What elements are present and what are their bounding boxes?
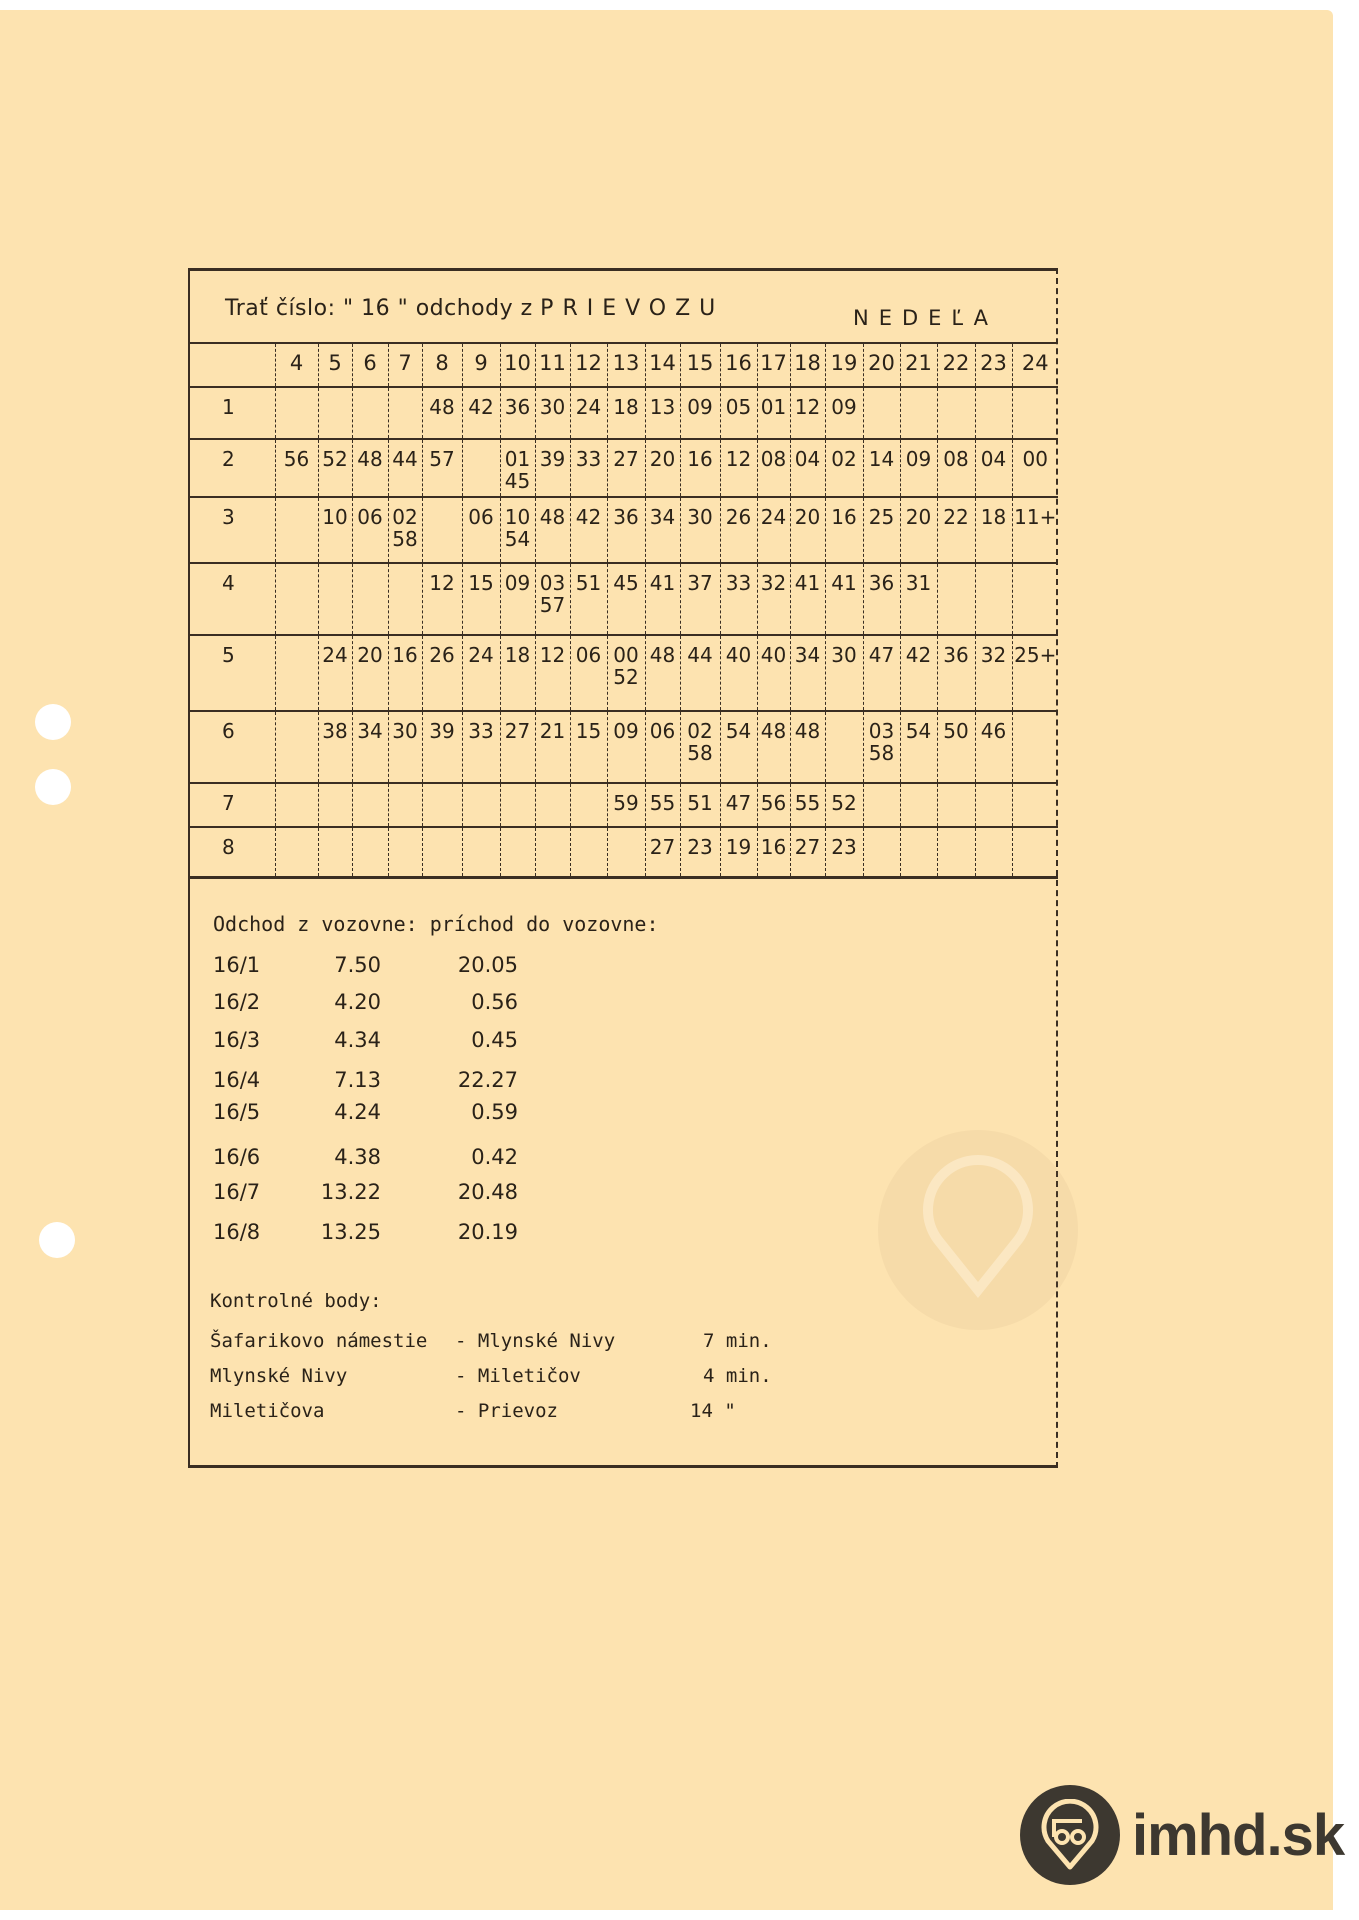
punch-hole [39,1222,75,1258]
departure-minute: 21 [535,711,570,783]
departure-minute [1012,387,1058,439]
departure-minute: 14 [863,439,900,497]
page-title: Trať číslo: " 16 " odchody z PRIEVOZU [225,296,724,321]
departure-minute: 52 [825,783,863,827]
departure-minute [388,783,422,827]
departure-minute [900,827,937,878]
departure-minute: 51 [680,783,720,827]
table-row: 2565248445701 45393327201612080402140908… [190,439,1058,497]
departure-minute [1012,711,1058,783]
departure-minute: 03 58 [863,711,900,783]
vehicle-id: 16/5 [213,1100,260,1124]
hour-header: 6 [352,343,388,387]
punch-hole [35,704,71,740]
departure-minute: 25 [863,497,900,563]
departure-minute [1012,563,1058,635]
checkpoint-to: - Mlynské Nivy [455,1330,615,1352]
departure-minute: 48 [790,711,825,783]
vehicle-id: 16/6 [213,1145,260,1169]
departure-minute: 48 [422,387,462,439]
hour-header: 13 [607,343,645,387]
table-row: 412150903 5751454137333241413631 [190,563,1058,635]
hour-header: 10 [500,343,535,387]
corner-cell [190,343,275,387]
departure-minute: 01 [757,387,790,439]
departure-minute [900,387,937,439]
departure-minute: 46 [975,711,1012,783]
table-row: 63834303933272115090602 5854484803 58545… [190,711,1058,783]
departure-minute: 09 [680,387,720,439]
vehicle-id: 16/8 [213,1220,260,1244]
table-row: 1484236302418130905011209 [190,387,1058,439]
departure-minute: 36 [607,497,645,563]
depot-departure: 4.20 [334,990,381,1014]
hour-header: 7 [388,343,422,387]
departure-minute [275,783,318,827]
departure-minute: 02 58 [680,711,720,783]
hour-header: 9 [462,343,500,387]
departure-minute: 59 [607,783,645,827]
departure-minute: 18 [975,497,1012,563]
departure-minute: 08 [757,439,790,497]
departure-minute [388,563,422,635]
departure-minute: 32 [757,563,790,635]
departure-minute [975,827,1012,878]
departure-minute: 57 [422,439,462,497]
departure-minute [318,563,352,635]
departure-minute [570,783,607,827]
vehicle-id: 16/2 [213,990,260,1014]
hour-header: 11 [535,343,570,387]
departure-minute: 06 [462,497,500,563]
depot-heading: Odchod z vozovne: príchod do vozovne: [213,912,659,936]
departure-minute: 04 [790,439,825,497]
departure-minute [975,563,1012,635]
departure-minute: 24 [318,635,352,711]
departure-minute [535,783,570,827]
hour-header: 24 [1012,343,1058,387]
checkpoint-to: - Prievoz [455,1400,558,1422]
departure-minute [352,827,388,878]
depot-departure: 4.34 [334,1028,381,1052]
vehicle-id: 16/1 [213,953,260,977]
departure-minute: 19 [720,827,757,878]
departure-minute [863,827,900,878]
departure-minute: 30 [680,497,720,563]
departure-minute: 16 [757,827,790,878]
hour-header: 8 [422,343,462,387]
departure-minute: 06 [645,711,680,783]
departure-minute: 55 [645,783,680,827]
course-label: 7 [190,783,275,827]
departure-minute: 48 [352,439,388,497]
departure-minute: 50 [937,711,975,783]
depot-departure: 13.25 [321,1220,381,1244]
table-row: 8272319162723 [190,827,1058,878]
departure-minute [388,827,422,878]
departure-minute [352,563,388,635]
departure-minute: 51 [570,563,607,635]
course-label: 4 [190,563,275,635]
departure-minute: 47 [720,783,757,827]
checkpoint-from: Mlynské Nivy [210,1365,347,1387]
checkpoint-time: 14 " [690,1400,736,1422]
departure-minute [275,635,318,711]
hour-header: 12 [570,343,607,387]
departure-minute: 34 [352,711,388,783]
table-row: 759555147565552 [190,783,1058,827]
departure-minute [275,563,318,635]
hour-header: 14 [645,343,680,387]
departure-minute [275,711,318,783]
departure-minute: 42 [570,497,607,563]
hour-header: 23 [975,343,1012,387]
departure-minute [900,783,937,827]
departure-minute: 15 [462,563,500,635]
departure-minute: 36 [863,563,900,635]
departure-minute: 39 [535,439,570,497]
departure-minute: 20 [790,497,825,563]
departure-minute [500,783,535,827]
depot-arrival: 0.42 [471,1145,518,1169]
depot-arrival: 0.59 [471,1100,518,1124]
departure-minute: 30 [825,635,863,711]
departure-minute [462,827,500,878]
departure-minute: 22 [937,497,975,563]
departure-minute: 06 [570,635,607,711]
departure-minute: 12 [535,635,570,711]
departure-minute: 00 [1012,439,1058,497]
departure-minute: 20 [900,497,937,563]
departure-minute: 01 45 [500,439,535,497]
departure-minute [937,563,975,635]
departure-minute: 12 [790,387,825,439]
departure-minute: 20 [352,635,388,711]
imhd-logo[interactable]: imhd.sk [1020,1785,1344,1885]
hour-header: 16 [720,343,757,387]
departure-minute: 26 [720,497,757,563]
departure-minute: 31 [900,563,937,635]
depot-departure: 4.24 [334,1100,381,1124]
vehicle-id: 16/7 [213,1180,260,1204]
departure-minute [975,387,1012,439]
departure-minute: 10 54 [500,497,535,563]
hour-header: 19 [825,343,863,387]
departure-minute [937,783,975,827]
departure-minute: 33 [720,563,757,635]
departure-minute: 41 [645,563,680,635]
departure-minute: 27 [790,827,825,878]
departure-minute: 10 [318,497,352,563]
depot-arrival: 20.48 [458,1180,518,1204]
departure-minute: 41 [790,563,825,635]
departure-minute: 24 [462,635,500,711]
departure-minute: 55 [790,783,825,827]
departure-minute [318,783,352,827]
departure-minute: 09 [500,563,535,635]
departure-minute [318,827,352,878]
departure-minute: 34 [645,497,680,563]
departure-minute: 13 [645,387,680,439]
departure-minute [275,387,318,439]
departure-minute: 23 [825,827,863,878]
departure-minute: 36 [500,387,535,439]
hour-header: 5 [318,343,352,387]
departure-minute [1012,783,1058,827]
title-place: PRIEVOZU [540,296,724,321]
checkpoint-from: Šafarikovo námestie [210,1330,427,1352]
watermark-logo-icon [878,1130,1078,1330]
title-prefix: Trať číslo: " 16 " odchody z [225,296,533,321]
departure-minute: 18 [607,387,645,439]
course-label: 2 [190,439,275,497]
departure-minute: 30 [535,387,570,439]
departure-minute [462,439,500,497]
hour-header-row: 456789101112131415161718192021222324 [190,343,1058,387]
departure-minute: 02 [825,439,863,497]
departure-minute [422,783,462,827]
departure-minute: 34 [790,635,825,711]
hour-header: 4 [275,343,318,387]
departure-minute [937,827,975,878]
departure-minute: 54 [720,711,757,783]
departure-minute: 56 [275,439,318,497]
departure-minute: 48 [535,497,570,563]
departure-minute: 05 [720,387,757,439]
departure-minute [937,387,975,439]
hour-header: 22 [937,343,975,387]
departure-minute: 40 [720,635,757,711]
hour-header: 20 [863,343,900,387]
imhd-pin-icon [1020,1785,1120,1885]
table-row: 3100602 580610 5448423634302624201625202… [190,497,1058,563]
departure-minute: 30 [388,711,422,783]
departure-minute: 27 [645,827,680,878]
departure-minute: 45 [607,563,645,635]
departure-minute: 15 [570,711,607,783]
departure-minute [570,827,607,878]
departure-minute: 20 [645,439,680,497]
departure-minute [535,827,570,878]
departure-minute: 48 [757,711,790,783]
departure-minute: 16 [388,635,422,711]
depot-departure: 7.50 [334,953,381,977]
departure-minute [863,783,900,827]
departure-minute: 44 [388,439,422,497]
course-label: 8 [190,827,275,878]
departure-minute: 41 [825,563,863,635]
hour-header: 15 [680,343,720,387]
departure-minute [1012,827,1058,878]
departure-minute [825,711,863,783]
departure-minute: 24 [570,387,607,439]
departure-minute: 42 [462,387,500,439]
departure-minute [975,783,1012,827]
checkpoint-to: - Miletičov [455,1365,581,1387]
departure-minute: 33 [462,711,500,783]
departure-minute [318,387,352,439]
departure-minute: 09 [900,439,937,497]
departure-minute [352,387,388,439]
departure-minute: 47 [863,635,900,711]
departure-minute: 25+ [1012,635,1058,711]
departure-minute: 36 [937,635,975,711]
departure-minute: 00 52 [607,635,645,711]
departure-minute: 56 [757,783,790,827]
depot-departure: 7.13 [334,1068,381,1092]
depot-arrival: 20.05 [458,953,518,977]
departure-minute: 02 58 [388,497,422,563]
departure-minute: 39 [422,711,462,783]
departure-minute: 08 [937,439,975,497]
checkpoint-from: Miletičova [210,1400,324,1422]
departure-minute [863,387,900,439]
departure-minute: 24 [757,497,790,563]
hour-header: 18 [790,343,825,387]
vehicle-id: 16/4 [213,1068,260,1092]
depot-departure: 13.22 [321,1180,381,1204]
departure-minute: 38 [318,711,352,783]
departure-minute [607,827,645,878]
departure-minute: 04 [975,439,1012,497]
vehicle-id: 16/3 [213,1028,260,1052]
logo-text: imhd.sk [1132,1802,1344,1869]
departure-minute: 18 [500,635,535,711]
departure-minute: 42 [900,635,937,711]
departure-minute: 54 [900,711,937,783]
departure-minute: 06 [352,497,388,563]
departure-minute [462,783,500,827]
departure-minute: 12 [720,439,757,497]
checkpoint-time: 7 min. [703,1330,772,1352]
depot-departure: 4.38 [334,1145,381,1169]
departure-minute: 37 [680,563,720,635]
departure-minute: 52 [318,439,352,497]
departure-minute [500,827,535,878]
departure-minute: 40 [757,635,790,711]
depot-arrival: 22.27 [458,1068,518,1092]
departure-minute: 26 [422,635,462,711]
course-label: 3 [190,497,275,563]
departure-minute: 16 [680,439,720,497]
departure-minute [275,827,318,878]
depot-arrival: 0.45 [471,1028,518,1052]
departure-minute [388,387,422,439]
hour-header: 21 [900,343,937,387]
hour-header: 17 [757,343,790,387]
departure-minute: 23 [680,827,720,878]
course-label: 6 [190,711,275,783]
table-row: 5242016262418120600 52484440403430474236… [190,635,1058,711]
depot-arrival: 0.56 [471,990,518,1014]
course-label: 5 [190,635,275,711]
departure-minute: 27 [607,439,645,497]
punch-hole [35,769,71,805]
departure-minute: 33 [570,439,607,497]
departure-minute [275,497,318,563]
departure-minute: 32 [975,635,1012,711]
departure-minute: 16 [825,497,863,563]
departure-table: 4567891011121314151617181920212223241484… [190,342,1058,879]
checkpoint-time: 4 min. [703,1365,772,1387]
departure-minute [422,497,462,563]
departure-minute: 12 [422,563,462,635]
day-label: NEDEĽA [853,306,998,330]
course-label: 1 [190,387,275,439]
departure-minute [422,827,462,878]
depot-arrival: 20.19 [458,1220,518,1244]
departure-minute [352,783,388,827]
departure-minute: 27 [500,711,535,783]
departure-minute: 09 [825,387,863,439]
departure-minute: 44 [680,635,720,711]
departure-minute: 09 [607,711,645,783]
departure-minute: 03 57 [535,563,570,635]
departure-minute: 11+ [1012,497,1058,563]
checkpoints-heading: Kontrolné body: [210,1290,382,1312]
departure-minute: 48 [645,635,680,711]
